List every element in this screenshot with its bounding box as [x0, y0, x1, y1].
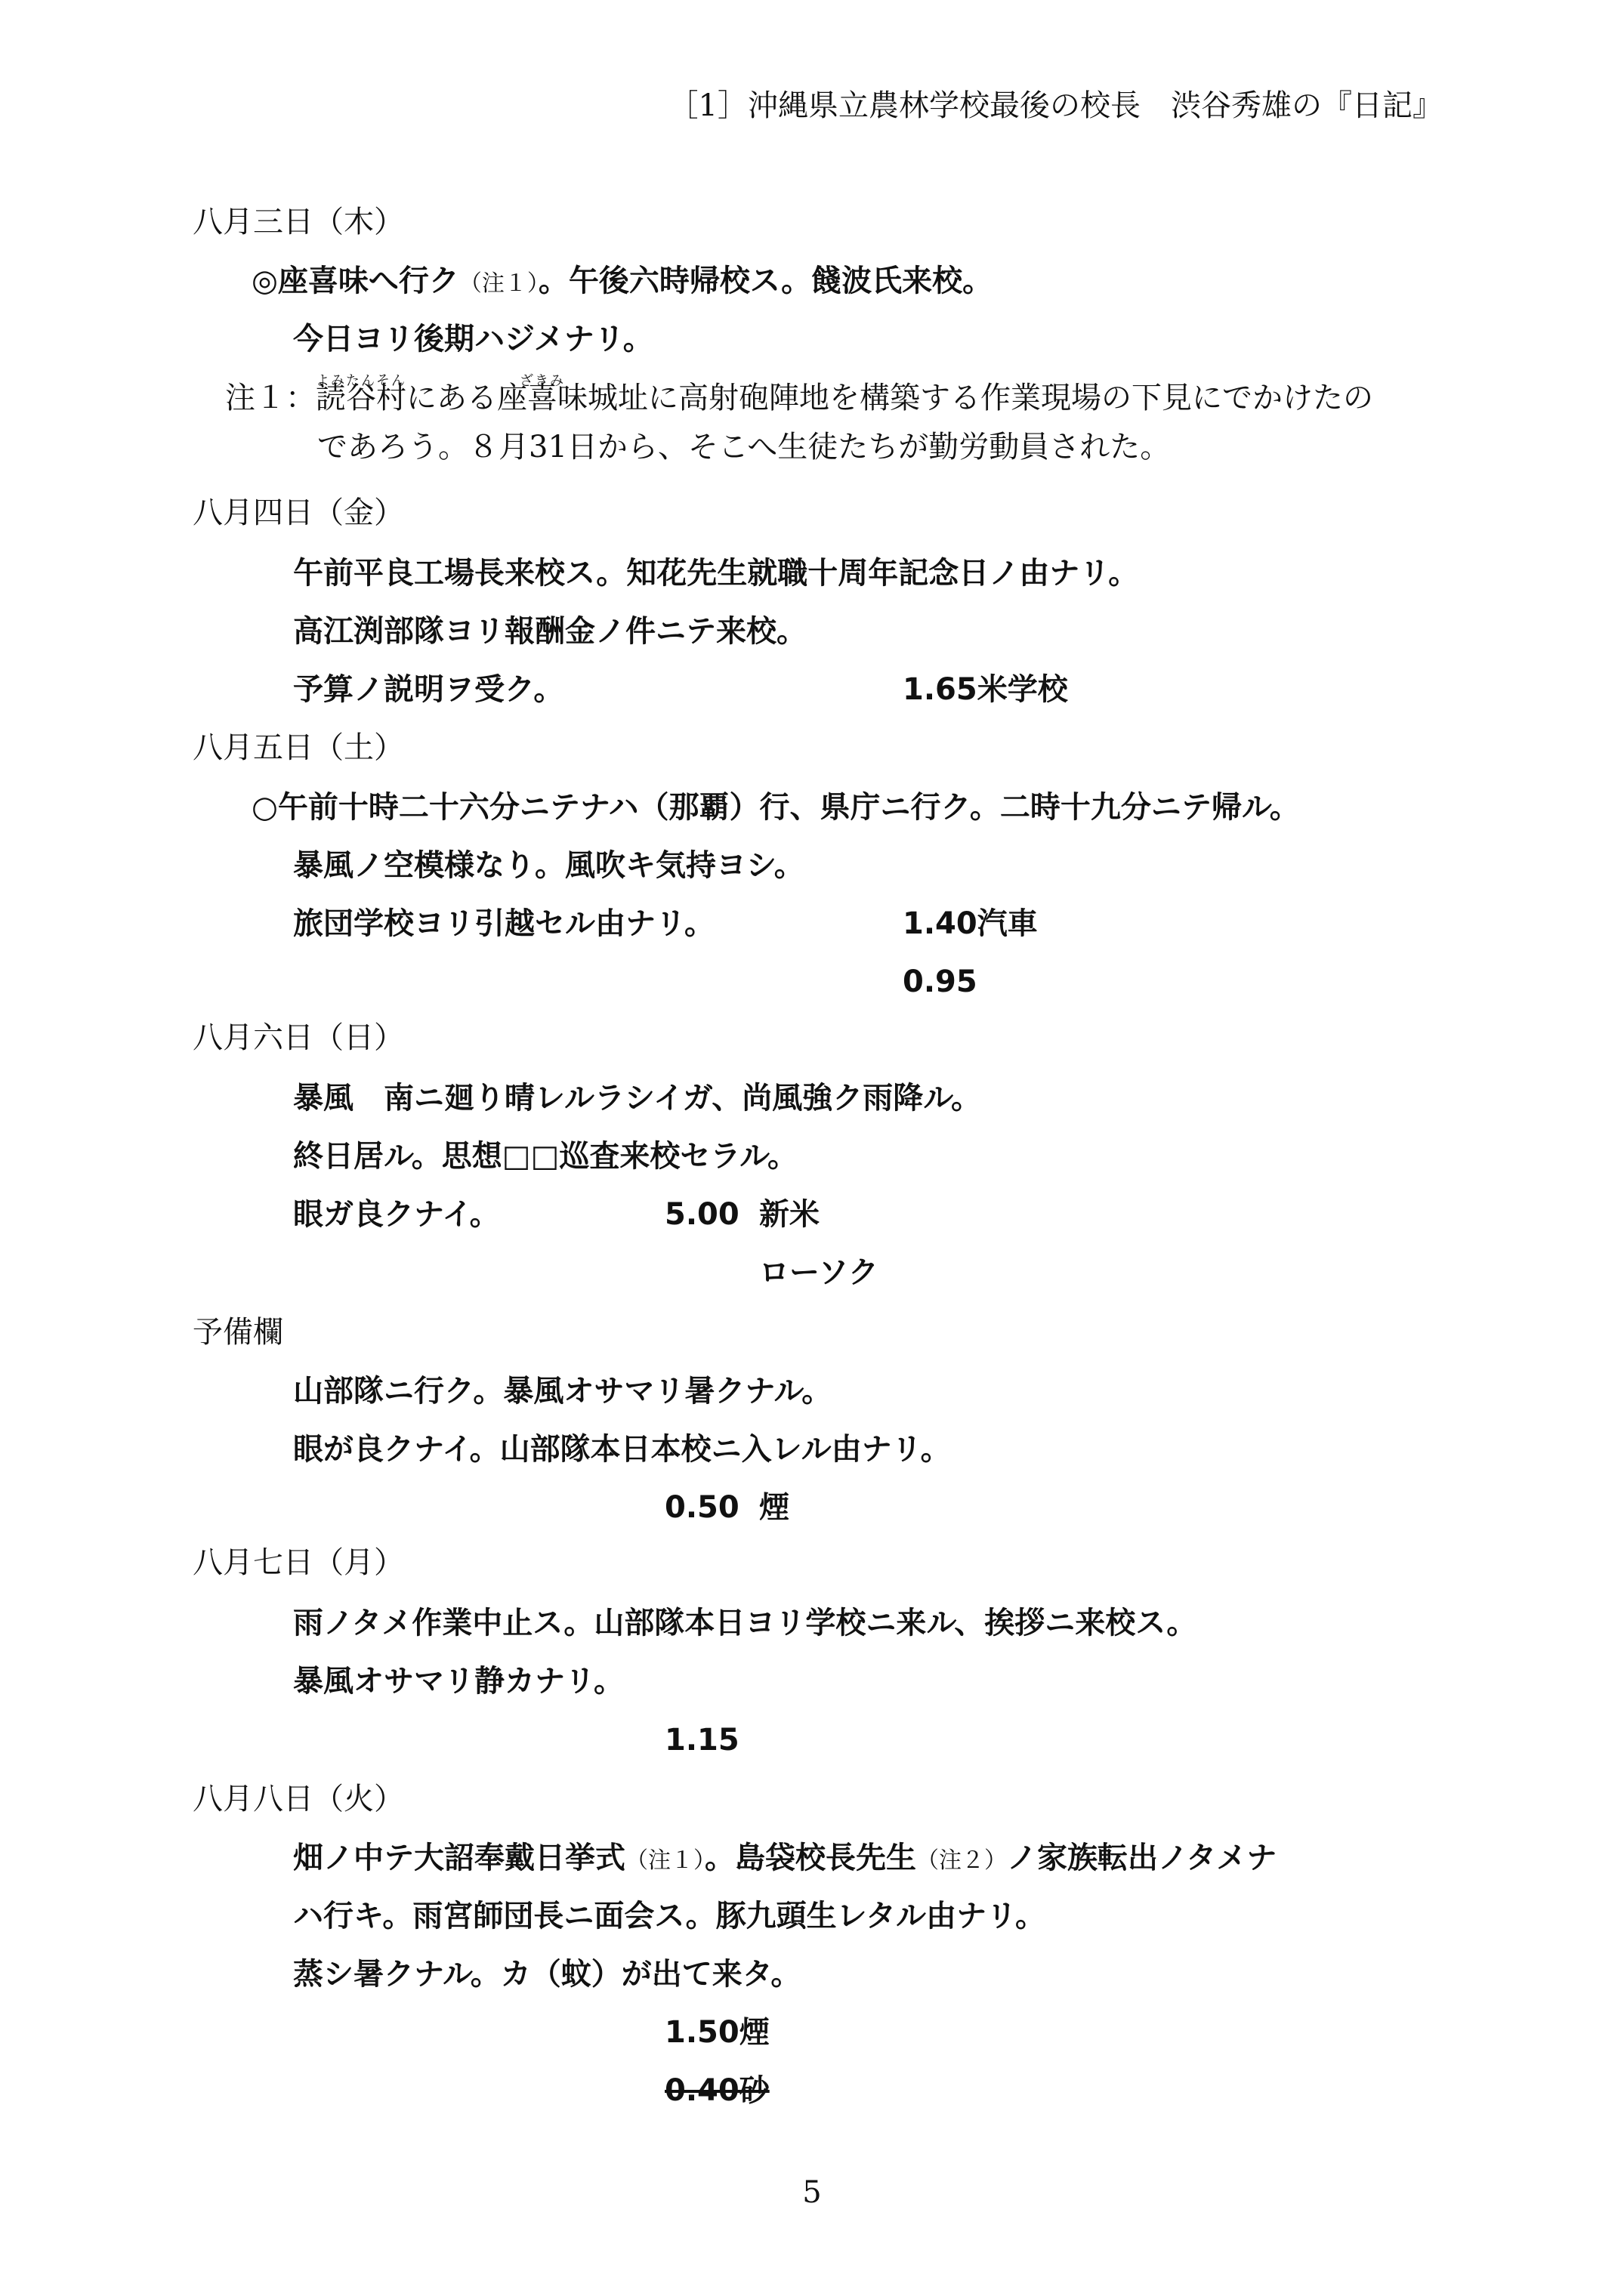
entry-line: 終日居ル。思想□□巡査来校セラル。	[293, 1138, 798, 1174]
entry-line: 眼ガ良クナイ。	[293, 1196, 500, 1233]
entry-text: 畑ノ中テ大詔奉戴日挙式	[293, 1841, 625, 1875]
entry-text: ノ家族転出ノタメナ	[1007, 1841, 1277, 1875]
page-number: 5	[0, 2175, 1624, 2210]
entry-line: ハ行キ。雨宮師団長ニ面会ス。豚九頭生レタル由ナリ。	[293, 1898, 1045, 1934]
expense-item: 1.50煙	[665, 2014, 770, 2051]
expense-item: 煙	[759, 1489, 789, 1526]
date-heading-aug8: 八月八日（火）	[193, 1781, 404, 1817]
entry-line: 暴風 南ニ廻り晴レルラシイガ、尚風強ク雨降ル。	[293, 1080, 981, 1116]
entry-line: 予算ノ説明ヲ受ク。	[293, 671, 563, 708]
expense-item: 1.65米学校	[903, 671, 1068, 708]
footnote-label: 注１：	[225, 381, 316, 415]
expense-item-struck: 0.40砂	[665, 2072, 770, 2109]
date-heading-reserve: 予備欄	[193, 1314, 283, 1350]
ruby-word: よみたんそん読谷村	[316, 380, 406, 416]
entry-text: 。島袋校長先生	[705, 1841, 916, 1875]
note-reference: （注２）	[916, 1847, 1007, 1874]
expense-item: 1.40汽車	[903, 906, 1038, 942]
footnote-line: 注１：よみたんそん読谷村にあるざきみ座喜味城址に高射砲陣地を構築する作業現場の下…	[225, 380, 1373, 416]
entry-line: 畑ノ中テ大詔奉戴日挙式（注１）。島袋校長先生（注２）ノ家族転出ノタメナ	[293, 1840, 1277, 1879]
date-heading-aug5: 八月五日（土）	[193, 730, 404, 766]
expense-item: 0.95	[903, 964, 977, 1000]
entry-line: 山部隊ニ行ク。暴風オサマリ暑クナル。	[293, 1373, 832, 1409]
entry-line: 雨ノタメ作業中止ス。山部隊本日ヨリ学校ニ来ル、挨拶ニ来校ス。	[293, 1605, 1196, 1641]
expense-item: ローソク	[759, 1255, 878, 1291]
expense-item: 新米	[759, 1196, 820, 1233]
entry-line: 今日ヨリ後期ハジメナリ。	[293, 321, 653, 357]
date-heading-aug7: 八月七日（月）	[193, 1545, 404, 1581]
ruby-word: ざきみ座喜味	[497, 380, 588, 416]
entry-line: 旅団学校ヨリ引越セル由ナリ。	[293, 906, 715, 942]
entry-line: ○午前十時二十六分ニテナハ（那覇）行、県庁ニ行ク。二時十九分ニテ帰ル。	[252, 789, 1300, 826]
expense-item: 1.15	[665, 1722, 739, 1758]
entry-line: 高江渕部隊ヨリ報酬金ノ件ニテ来校。	[293, 613, 807, 650]
expense-amount: 0.50	[665, 1489, 739, 1526]
entry-line: 眼が良クナイ。山部隊本日本校ニ入レル由ナリ。	[293, 1431, 951, 1467]
entry-line: 暴風オサマリ静カナリ。	[293, 1663, 624, 1699]
note-reference: （注１）	[625, 1847, 705, 1874]
expense-amount: 5.00	[665, 1196, 739, 1233]
entry-line: 暴風ノ空模様なり。風吹キ気持ヨシ。	[293, 847, 804, 884]
entry-line: 蒸シ暑クナル。カ（蚊）が出て来タ。	[293, 1956, 801, 1992]
date-heading-aug6: 八月六日（日）	[193, 1020, 404, 1056]
running-header: ［1］沖縄県立農林学校最後の校長 渋谷秀雄の『日記』	[668, 82, 1443, 125]
note-reference: （注１）	[459, 270, 539, 297]
date-heading-aug3: 八月三日（木）	[193, 204, 404, 240]
footnote-line-2: であろう。８月31日から、そこへ生徒たちが勤労動員された。	[317, 429, 1170, 465]
ruby-reading: ざきみ	[497, 363, 588, 400]
entry-text: ◎座喜味へ行ク	[252, 264, 459, 298]
entry-line: 午前平良工場長来校ス。知花先生就職十周年記念日ノ由ナリ。	[293, 555, 1138, 591]
entry-text: 。午後六時帰校ス。餞波氏来校。	[539, 264, 993, 298]
date-heading-aug4: 八月四日（金）	[193, 495, 404, 531]
entry-line: ◎座喜味へ行ク（注１）。午後六時帰校ス。餞波氏来校。	[252, 263, 993, 302]
ruby-reading: よみたんそん	[316, 363, 406, 400]
